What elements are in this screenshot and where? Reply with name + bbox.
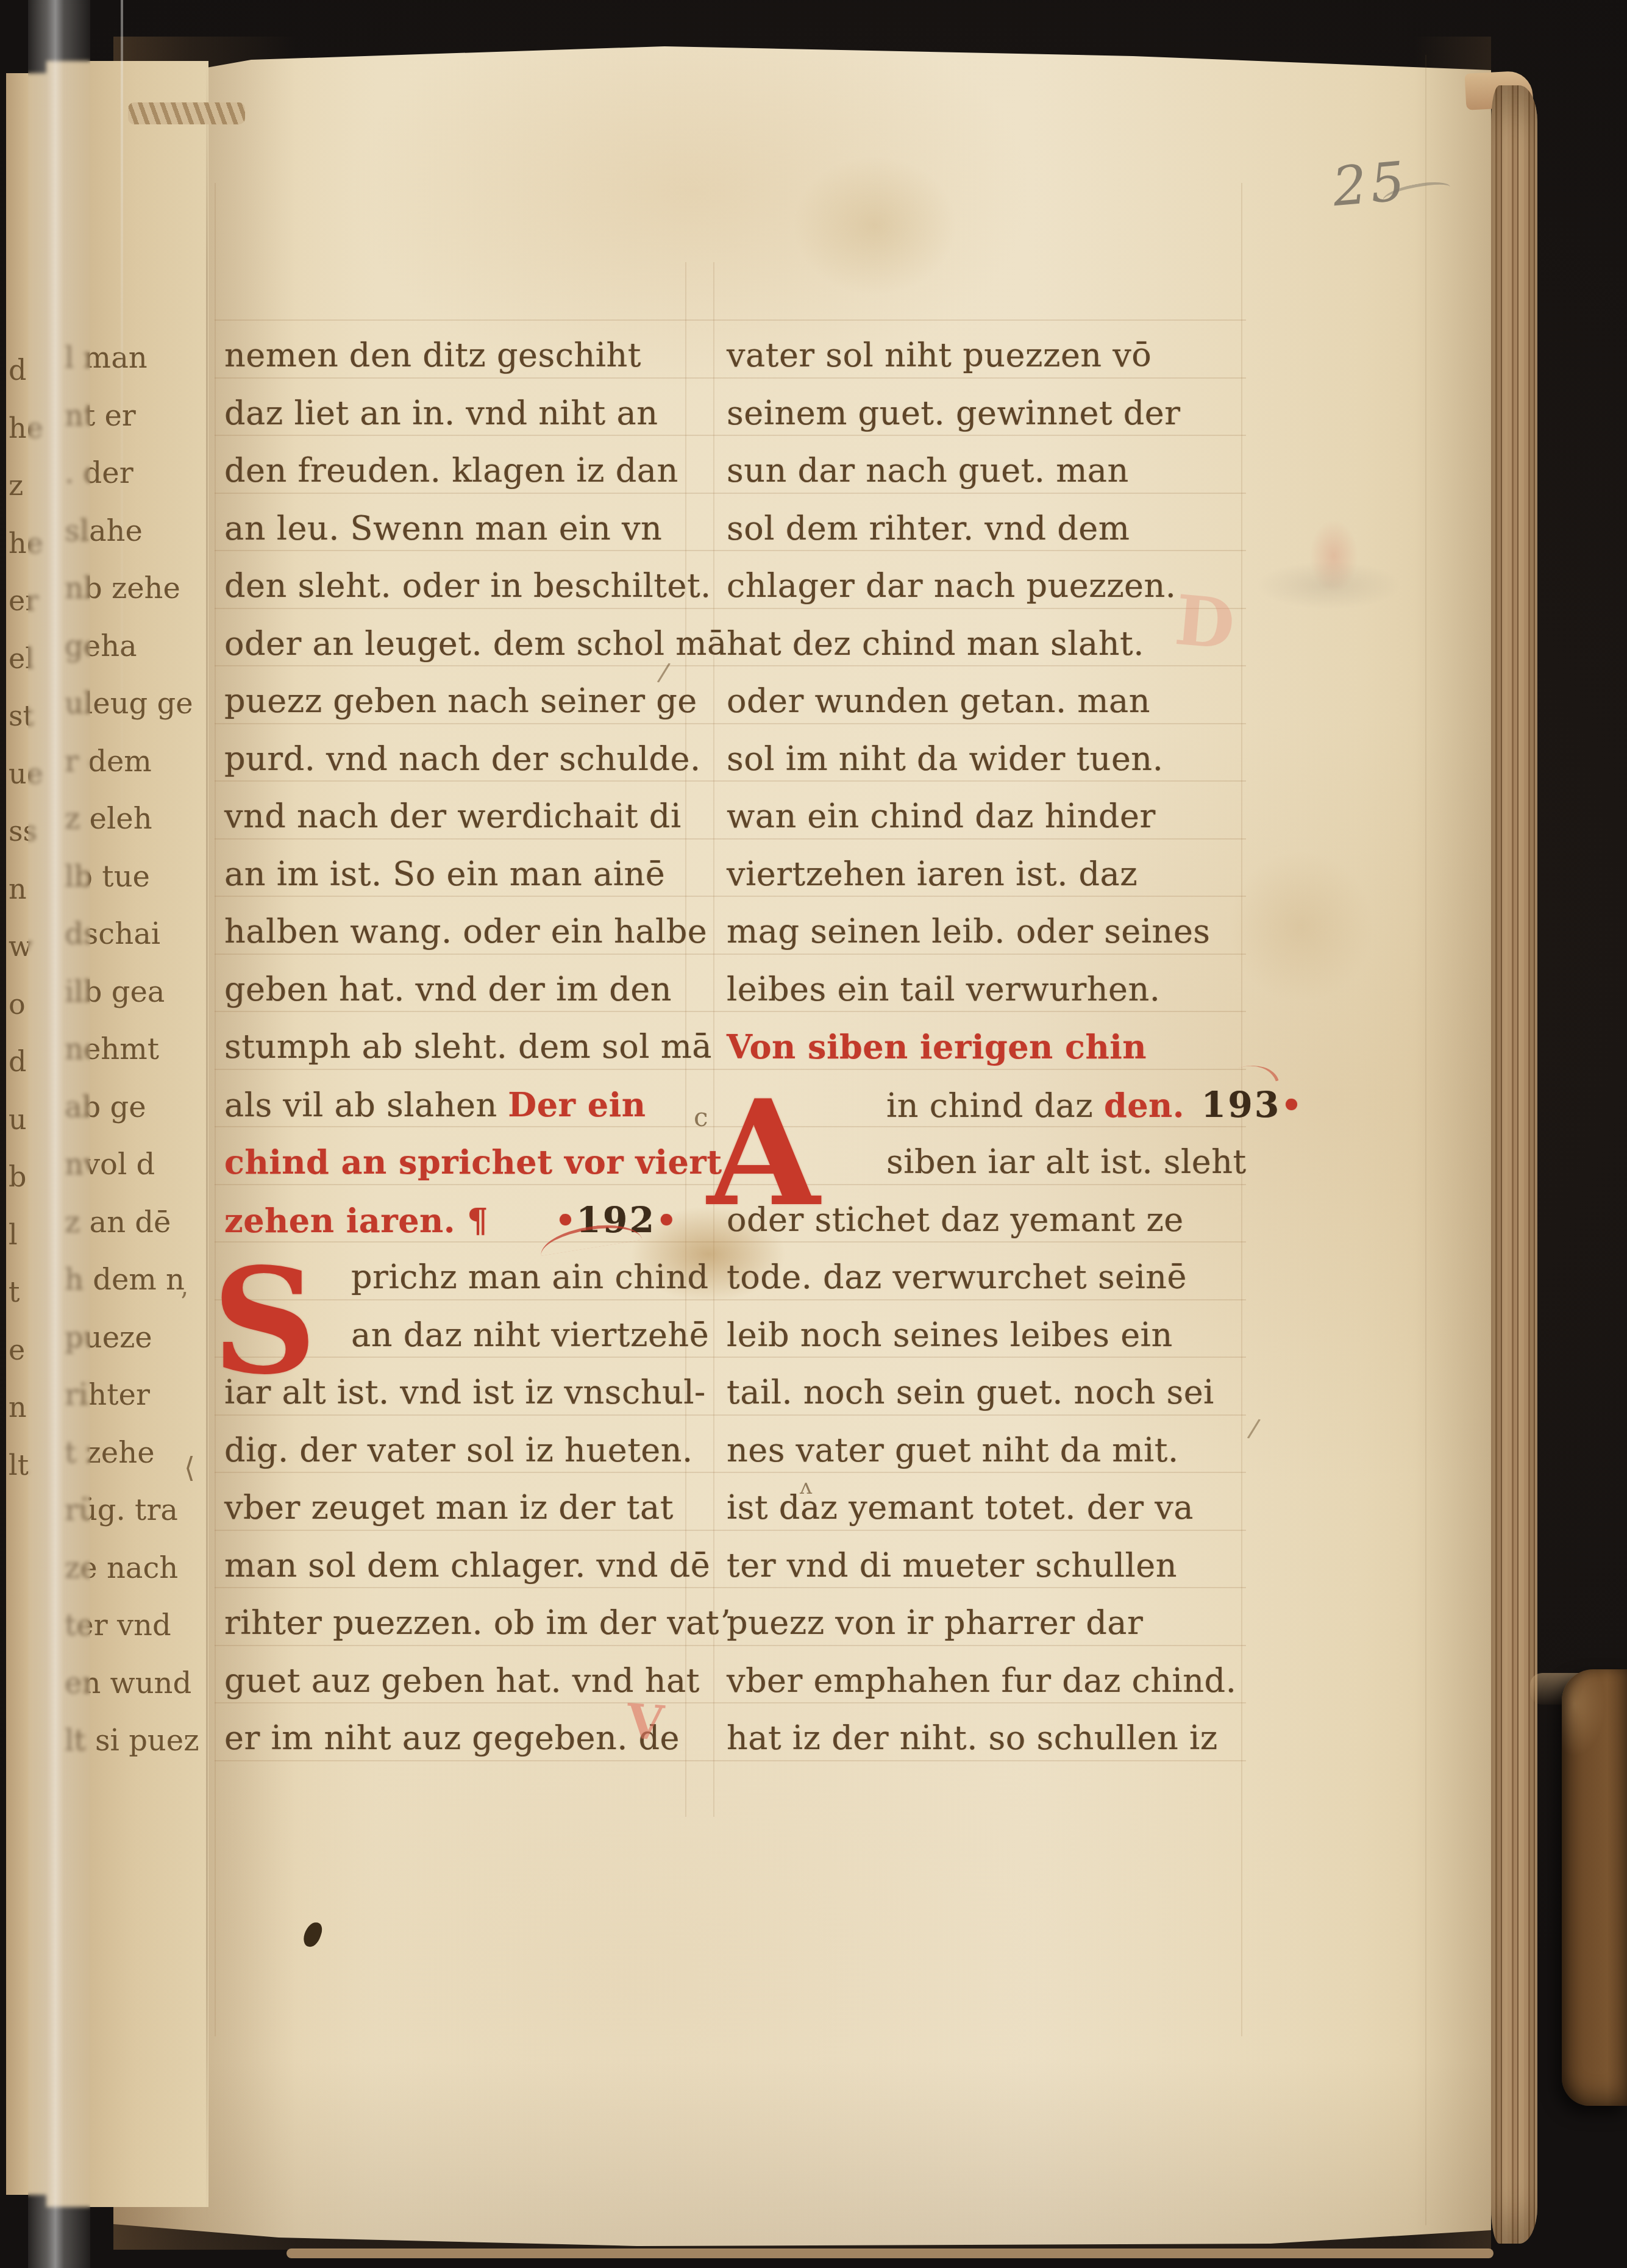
text-line: vnd nach der werdichait di bbox=[224, 788, 730, 846]
inter-column-mark: c bbox=[694, 1102, 708, 1132]
offset-letter-d: D bbox=[1172, 580, 1237, 665]
text-line: seinem guet. gewinnet der bbox=[727, 385, 1302, 443]
text-line: nemen den ditz geschiht bbox=[224, 327, 730, 385]
offset-letter-v: V bbox=[625, 1694, 666, 1752]
text-line: daz liet an in. vnd niht an bbox=[224, 385, 730, 443]
acrylic-sheet-edge bbox=[121, 0, 123, 2268]
left-text-column: nemen den ditz geschihtdaz liet an in. v… bbox=[224, 327, 730, 1767]
fore-edge-pages bbox=[1491, 85, 1537, 2244]
text-line: vber zeuget man iz der tat bbox=[224, 1479, 730, 1537]
text-line: als vil ab slahen Der ein bbox=[224, 1076, 730, 1134]
text-line: Von siben ierigen chin bbox=[727, 1018, 1302, 1076]
text-line: hat iz der niht. so schullen iz bbox=[727, 1710, 1302, 1767]
text-line: ist daz yemant totet. der va bbox=[727, 1479, 1302, 1537]
folio-number-pencil: 25 bbox=[1330, 149, 1411, 218]
text-line: man sol dem chlager. vnd dē bbox=[224, 1537, 730, 1595]
leaf-edge-line bbox=[206, 55, 208, 2225]
text-line: sun dar nach guet. man bbox=[727, 442, 1302, 500]
margin-angle-mark: ⟨ bbox=[184, 1451, 195, 1484]
text-line: wan ein chind daz hinder bbox=[727, 788, 1302, 846]
text-line: an im ist. So ein man ainē bbox=[224, 846, 730, 904]
text-line: puezz von ir pharrer dar bbox=[727, 1594, 1302, 1652]
text-line: nes vater guet niht da mit. bbox=[727, 1422, 1302, 1480]
parchment-crease bbox=[1425, 55, 1426, 2225]
text-line: mag seinen leib. oder seines bbox=[727, 903, 1302, 961]
page-bottom-edge bbox=[287, 2248, 1493, 2258]
text-line: den freuden. klagen iz dan bbox=[224, 442, 730, 500]
text-line: sol im niht da wider tuen. bbox=[727, 730, 1302, 788]
text-line: geben hat. vnd der im den bbox=[224, 961, 730, 1019]
text-line: purd. vnd nach der schulde. bbox=[224, 730, 730, 788]
caret-mark: ʌ bbox=[800, 1474, 812, 1499]
text-line: puezz geben nach seiner ge bbox=[224, 672, 730, 730]
text-line: stumph ab sleht. dem sol mā bbox=[224, 1018, 730, 1076]
text-line: an leu. Swenn man ein vn bbox=[224, 500, 730, 558]
margin-comma-mark: ʼ bbox=[179, 1288, 187, 1318]
drop-cap-initial-a: A bbox=[707, 1089, 820, 1219]
text-line: tode. daz verwurchet seinē bbox=[727, 1249, 1302, 1307]
page-bottom-shading bbox=[113, 2061, 1491, 2250]
manuscript-photo: nemen den ditz geschihtdaz liet an in. v… bbox=[0, 0, 1627, 2268]
text-line: ter vnd di mueter schullen bbox=[727, 1537, 1302, 1595]
text-line: leibes ein tail verwurhen. bbox=[727, 961, 1302, 1019]
drop-cap-initial-s: S bbox=[212, 1257, 317, 1388]
parchment-stain bbox=[792, 155, 957, 296]
acrylic-bar bbox=[28, 0, 90, 2268]
text-line: halben wang. oder ein halbe bbox=[224, 903, 730, 961]
right-text-column: vater sol niht puezzen vōseinem guet. ge… bbox=[727, 327, 1302, 1767]
text-line: rihter puezzen. ob im der vatʼ bbox=[224, 1594, 730, 1652]
text-line: sol dem rihter. vnd dem bbox=[727, 500, 1302, 558]
text-line: den sleht. oder in beschiltet. bbox=[224, 557, 730, 615]
text-line: tail. noch sein guet. noch sei bbox=[727, 1364, 1302, 1422]
text-line: oder wunden getan. man bbox=[727, 672, 1302, 730]
endband bbox=[128, 102, 245, 124]
vertical-ruling-line bbox=[215, 183, 216, 2036]
text-line: vber emphahen fur daz chind. bbox=[727, 1652, 1302, 1710]
text-line: viertzehen iaren ist. daz bbox=[727, 846, 1302, 904]
text-line: vater sol niht puezzen vō bbox=[727, 327, 1302, 385]
text-line: dig. der vater sol iz hueten. bbox=[224, 1422, 730, 1480]
text-line: leib noch seines leibes ein bbox=[727, 1307, 1302, 1364]
clasp-strap bbox=[1562, 1669, 1627, 2106]
text-line: oder an leuget. dem schol mā bbox=[224, 615, 730, 673]
text-line: chind an sprichet vor viert bbox=[224, 1133, 730, 1191]
